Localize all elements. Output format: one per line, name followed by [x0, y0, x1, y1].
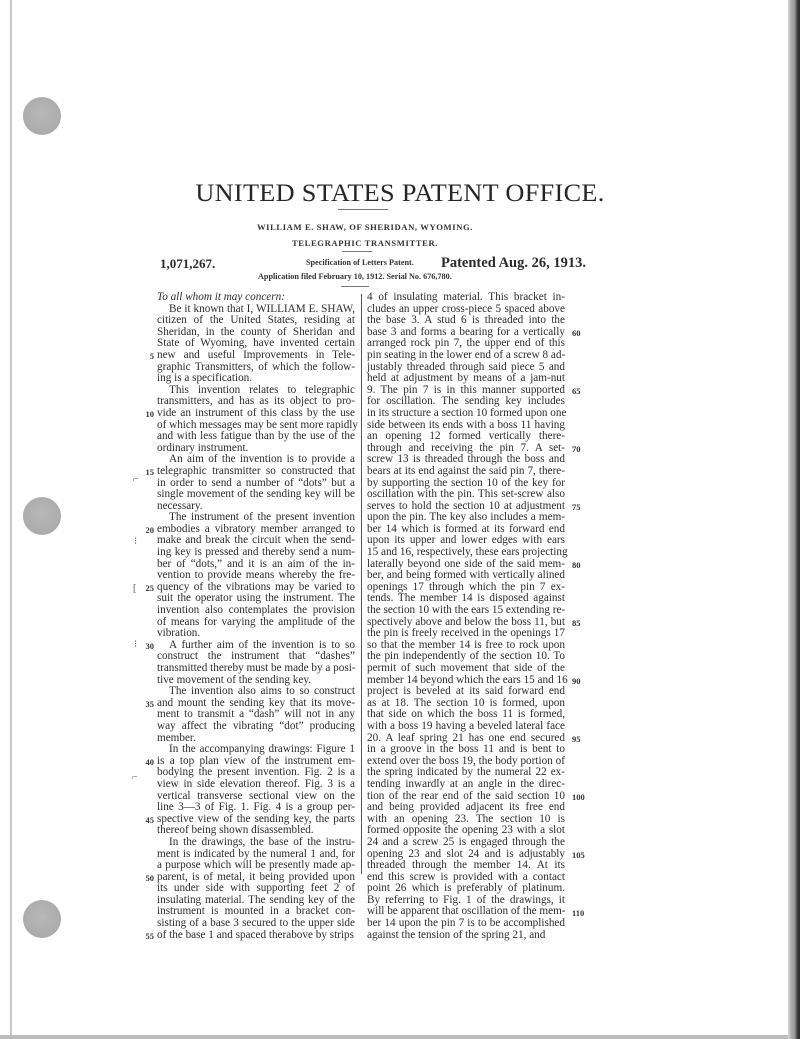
- text-line: In the drawings, the base of the instru-: [157, 837, 355, 849]
- column-divider: [361, 294, 362, 874]
- text-line: permit of such movement that side of the: [367, 663, 565, 675]
- text-line: and with less fatigue than by the use of…: [157, 431, 355, 443]
- application-line: Application filed February 10, 1912. Ser…: [258, 272, 452, 281]
- salutation: To all whom it may concern:: [157, 292, 355, 304]
- text-line: ber 14 upon the pin 7 is to be accomplis…: [367, 918, 565, 930]
- text-line: way affect the vibrating “dot” producing: [157, 721, 355, 733]
- line-number: 95: [572, 734, 581, 744]
- title-rule: [338, 209, 388, 210]
- text-line: 4 of insulating material. This bracket i…: [367, 292, 565, 304]
- text-line: oscillation with the pin. This set-screw…: [367, 489, 565, 501]
- text-line: tending inwardly at an angle in the dire…: [367, 779, 565, 791]
- line-number: 80: [572, 560, 581, 570]
- text-line: bears at its end against the said pin 7,…: [367, 466, 565, 478]
- office-title: UNITED STATES PATENT OFFICE.: [0, 178, 800, 208]
- margin-mark: ⌐: [132, 772, 138, 783]
- patented-date: Patented Aug. 26, 1913.: [441, 255, 586, 272]
- invention-title-rule: [342, 251, 372, 252]
- line-number: 5: [140, 351, 154, 361]
- inventor-line: WILLIAM E. SHAW, OF SHERIDAN, WYOMING.: [0, 222, 730, 232]
- punch-hole-bottom: [23, 900, 61, 938]
- margin-mark: ⁝: [134, 536, 137, 547]
- text-line: threaded through the member 14. At its: [367, 860, 565, 872]
- text-line: an opening 12 formed vertically there-: [367, 431, 565, 443]
- line-number: 105: [572, 850, 585, 860]
- line-number: 40: [140, 757, 154, 767]
- text-line: 24 and a screw 25 is engaged through the: [367, 837, 565, 849]
- line-number: 75: [572, 502, 581, 512]
- line-number: 15: [140, 467, 154, 477]
- text-line: a purpose which will be presently made a…: [157, 860, 355, 872]
- scan-left-edge: [10, 0, 12, 1039]
- line-number: 70: [572, 444, 581, 454]
- patent-number: 1,071,267.: [160, 256, 215, 272]
- text-line: held at adjustment by means of a jam-nut: [367, 373, 565, 385]
- line-number: 45: [140, 815, 154, 825]
- text-line: sisting of a base 3 secured to the upper…: [157, 918, 355, 930]
- text-line: vide an instrument of this class by the …: [157, 408, 355, 420]
- text-line: telegraphic transmitter so constructed t…: [157, 466, 355, 478]
- text-line: with a boss 19 having a beveled lateral …: [367, 721, 565, 733]
- scan-right-edge: [788, 0, 800, 1039]
- margin-mark: ⌐: [133, 474, 139, 485]
- specification-label: Specification of Letters Patent.: [306, 258, 414, 267]
- invention-title: TELEGRAPHIC TRANSMITTER.: [0, 238, 730, 248]
- text-line: and being provided adjacent its free end: [367, 802, 565, 814]
- text-line: invention also contemplates the provisio…: [157, 605, 355, 617]
- punch-hole-top: [23, 97, 61, 135]
- text-line: In the accompanying drawings: Figure 1: [157, 744, 355, 756]
- text-line: the section 10 with the ears 15 extendin…: [367, 605, 565, 617]
- line-number: 10: [140, 409, 154, 419]
- text-line: against the tension of the spring 21, an…: [367, 930, 565, 942]
- right-column-text: 4 of insulating material. This bracket i…: [367, 292, 565, 941]
- line-number: 60: [572, 328, 581, 338]
- line-number: 20: [140, 525, 154, 535]
- line-number: 65: [572, 386, 581, 396]
- text-line: ing key is pressed and thereby send a nu…: [157, 547, 355, 559]
- text-line: 15 and 16, respectively, these ears proj…: [367, 547, 565, 559]
- text-line: in a groove in the boss 11 and is bent t…: [367, 744, 565, 756]
- line-number: 55: [140, 931, 154, 941]
- text-line: line 3—3 of Fig. 1. Fig. 4 is a group pe…: [157, 802, 355, 814]
- line-number: 100: [572, 792, 585, 802]
- left-column-text: To all whom it may concern: Be it known …: [157, 292, 355, 941]
- line-number: 30: [140, 641, 154, 651]
- scan-bottom-edge: [0, 1035, 788, 1039]
- text-line: view in side elevation thereof. Fig. 3 i…: [157, 779, 355, 791]
- header-rule: [341, 286, 369, 287]
- line-number: 85: [572, 618, 581, 628]
- text-line: ing is a specification.: [157, 373, 355, 385]
- text-line: new and useful Improvements in Tele-: [157, 350, 355, 362]
- line-number: 110: [572, 908, 584, 918]
- margin-mark: ⁝: [134, 639, 137, 650]
- text-line: single movement of the sending key will …: [157, 489, 355, 501]
- punch-hole-middle: [23, 497, 61, 535]
- text-line: in its structure a section 10 formed upo…: [367, 408, 565, 420]
- line-number: 90: [572, 676, 581, 686]
- text-line: transmitted thereby must be made by a po…: [157, 663, 355, 675]
- line-number: 50: [140, 873, 154, 883]
- text-line: of the base 1 and spaced therabove by st…: [157, 930, 355, 942]
- line-number: 25: [140, 583, 154, 593]
- margin-mark: [: [133, 583, 136, 594]
- line-number: 35: [140, 699, 154, 709]
- text-line: pin seating in the lower end of a screw …: [367, 350, 565, 362]
